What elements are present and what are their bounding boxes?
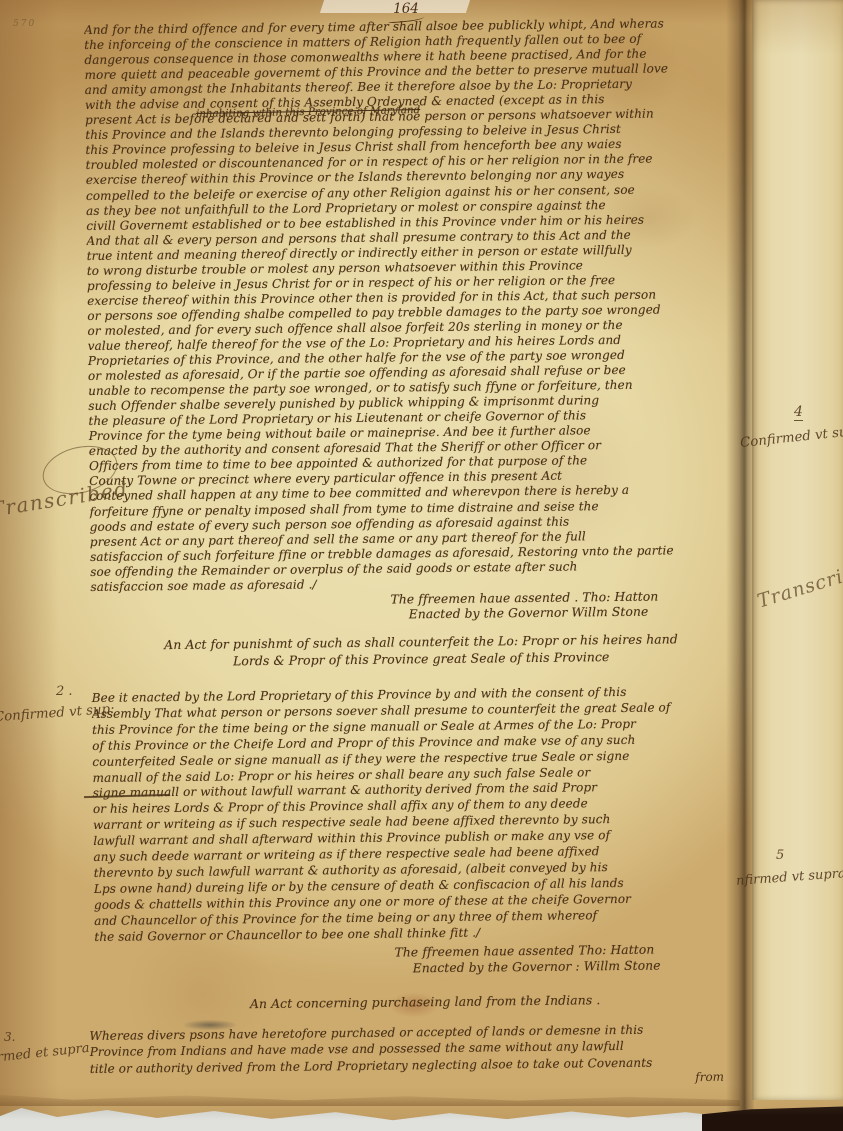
margin-act-number-3: 3. [4, 1030, 15, 1044]
governor-enacted-line: Enacted by the Governor : Willm Stone [413, 958, 755, 977]
folio-number: 164 [376, 1, 436, 22]
act-counterfeit-heading: An Act for punishmt of such as shall cou… [91, 629, 751, 670]
act-counterfeit-body: Bee it enacted by the Lord Proprietary o… [92, 683, 755, 945]
act-indians-heading: An Act concerning purchaseing land from … [95, 989, 755, 1013]
facing-page-edge [752, 0, 843, 1100]
corner-page-number: 570 [13, 19, 36, 29]
manuscript-text-column: And for the third offence and for every … [84, 16, 756, 1093]
margin-act-number-2: 2 . [56, 684, 73, 699]
governor-enacted-line: Enacted by the Governor Willm Stone [409, 604, 751, 623]
act-indians-body: Whereas divers psons have heretofore pur… [95, 1020, 756, 1077]
margin-act-number-4: 4 [794, 404, 803, 421]
manuscript-scan: 164 570 And for the third offence and fo… [0, 0, 843, 1131]
heading-line: An Act concerning purchaseing land from … [95, 989, 755, 1013]
attestation-block: The ffreemen haue assented Tho: Hatton E… [394, 942, 754, 977]
act-religion-body: And for the third offence and for every … [84, 16, 750, 595]
margin-act-number-5: 5 [776, 848, 784, 863]
attestation-block: The ffreemen haue assented . Tho: Hatton… [390, 588, 750, 623]
